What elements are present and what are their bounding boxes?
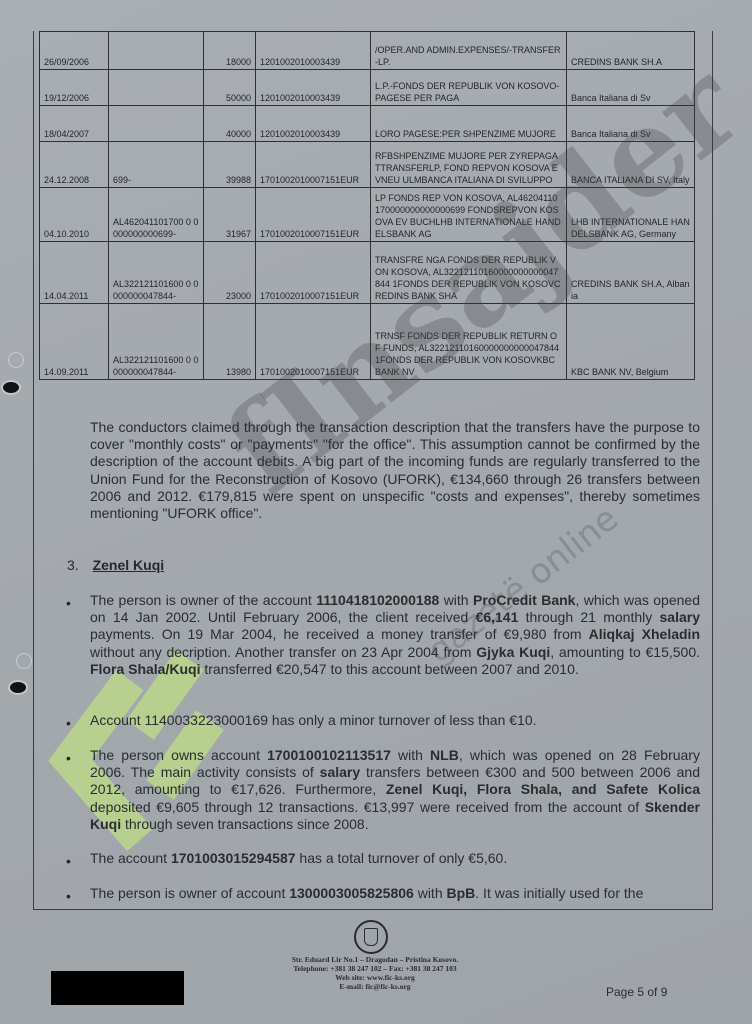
section-heading: 3. Zenel Kuqi	[67, 557, 164, 573]
table-row: 18/04/2007400001201002010003439LORO PAGE…	[40, 106, 695, 142]
footer-address: Str. Eduard Lir No.1 – Dragodan – Pristi…	[260, 955, 490, 964]
bullet-icon: •	[66, 853, 71, 869]
organization-seal-icon	[354, 920, 388, 954]
punch-hole-outline	[8, 352, 24, 368]
cell-date: 14.09.2011	[40, 304, 109, 380]
cell-date: 14.04.2011	[40, 242, 109, 304]
cell-date: 19/12/2006	[40, 70, 109, 106]
page-number: Page 5 of 9	[606, 985, 667, 999]
table-row: 14.09.2011AL322121101600 0 0000000047844…	[40, 304, 695, 380]
section-number: 3.	[67, 557, 79, 573]
cell-bank: Banca Italiana di Sv	[567, 106, 695, 142]
cell-account: 1201002010003439	[256, 32, 371, 70]
bullet-low-turnover-account: The account 1701003015294587 has a total…	[90, 850, 700, 867]
cell-date: 18/04/2007	[40, 106, 109, 142]
table-row: 14.04.2011AL322121101600 0 0000000047844…	[40, 242, 695, 304]
bullet-icon: •	[66, 750, 71, 766]
cell-amount: 23000	[204, 242, 256, 304]
cell-date: 26/09/2006	[40, 32, 109, 70]
table-row: 24.12.2008699-399881701002010007151EURRF…	[40, 142, 695, 188]
cell-date: 24.12.2008	[40, 142, 109, 188]
cell-description: /OPER.AND ADMIN.EXPENSES/-TRANSFER-LP.	[371, 32, 567, 70]
cell-date: 04.10.2010	[40, 188, 109, 242]
bullet-procredit-account: The person is owner of the account 11104…	[90, 592, 700, 678]
punch-hole	[3, 382, 19, 393]
cell-description: TRNSF FONDS DER REPUBLIK RETURN OF FUNDS…	[371, 304, 567, 380]
footer-website: Web site: www.fic-ks.org	[260, 973, 490, 982]
cell-bank: CREDINS BANK SH.A, Albania	[567, 242, 695, 304]
bullet-icon: •	[66, 715, 71, 731]
cell-counterparty-account	[109, 106, 204, 142]
section-title: Zenel Kuqi	[93, 557, 165, 573]
cell-bank: Banca Italiana di Sv	[567, 70, 695, 106]
cell-description: TRANSFRE NGA FONDS DER REPUBLIK VON KOSO…	[371, 242, 567, 304]
cell-counterparty-account: AL462041101700 0 0000000000699-	[109, 188, 204, 242]
redaction-block	[51, 971, 184, 1005]
cell-account: 1201002010003439	[256, 106, 371, 142]
cell-amount: 39988	[204, 142, 256, 188]
footer-phone: Telephone: +381 38 247 102 – Fax: +381 3…	[260, 964, 490, 973]
intro-paragraph: The conductors claimed through the trans…	[90, 419, 700, 522]
cell-counterparty-account: AL322121101600 0 0000000047844-	[109, 242, 204, 304]
cell-counterparty-account: AL322121101600 0 0000000047844-	[109, 304, 204, 380]
cell-account: 1701002010007151EUR	[256, 242, 371, 304]
cell-account: 1701002010007151EUR	[256, 188, 371, 242]
punch-hole	[10, 682, 26, 693]
cell-bank: BANCA ITALIANA DI SV, Italy	[567, 142, 695, 188]
table-row: 26/09/2006180001201002010003439/OPER.AND…	[40, 32, 695, 70]
footer-contact: Str. Eduard Lir No.1 – Dragodan – Pristi…	[260, 955, 490, 991]
cell-description: RFBSHPENZIME MUJORE PER ZYREPAGATTRANSFE…	[371, 142, 567, 188]
cell-counterparty-account	[109, 32, 204, 70]
bullet-icon: •	[66, 595, 71, 611]
bullet-icon: •	[66, 888, 71, 904]
cell-description: L.P.-FONDS DER REPUBLIK VON KOSOVO-PAGES…	[371, 70, 567, 106]
cell-account: 1201002010003439	[256, 70, 371, 106]
cell-account: 1701002010007151EUR	[256, 142, 371, 188]
bullet-minor-account: Account 1140033223000169 has only a mino…	[90, 712, 700, 729]
cell-bank: KBC BANK NV, Belgium	[567, 304, 695, 380]
cell-amount: 31967	[204, 188, 256, 242]
cell-description: LP FONDS REP VON KOSOVA, AL4620411017000…	[371, 188, 567, 242]
cell-account: 1701002010007151EUR	[256, 304, 371, 380]
footer-email: E-mail: fic@fic-ks.org	[260, 982, 490, 991]
transactions-table: 26/09/2006180001201002010003439/OPER.AND…	[39, 31, 695, 380]
cell-amount: 50000	[204, 70, 256, 106]
cell-amount: 18000	[204, 32, 256, 70]
cell-counterparty-account	[109, 70, 204, 106]
cell-amount: 13980	[204, 304, 256, 380]
bullet-nlb-account: The person owns account 1700100102113517…	[90, 747, 700, 833]
cell-counterparty-account: 699-	[109, 142, 204, 188]
table-row: 04.10.2010AL462041101700 0 0000000000699…	[40, 188, 695, 242]
bullet-bpb-account: The person is owner of account 130000300…	[90, 885, 700, 902]
cell-bank: CREDINS BANK SH.A	[567, 32, 695, 70]
cell-amount: 40000	[204, 106, 256, 142]
cell-bank: LHB INTERNATIONALE HANDELSBANK AG, Germa…	[567, 188, 695, 242]
table-row: 19/12/2006500001201002010003439L.P.-FOND…	[40, 70, 695, 106]
punch-hole-outline	[16, 653, 32, 669]
cell-description: LORO PAGESE:PER SHPENZIME MUJORE	[371, 106, 567, 142]
